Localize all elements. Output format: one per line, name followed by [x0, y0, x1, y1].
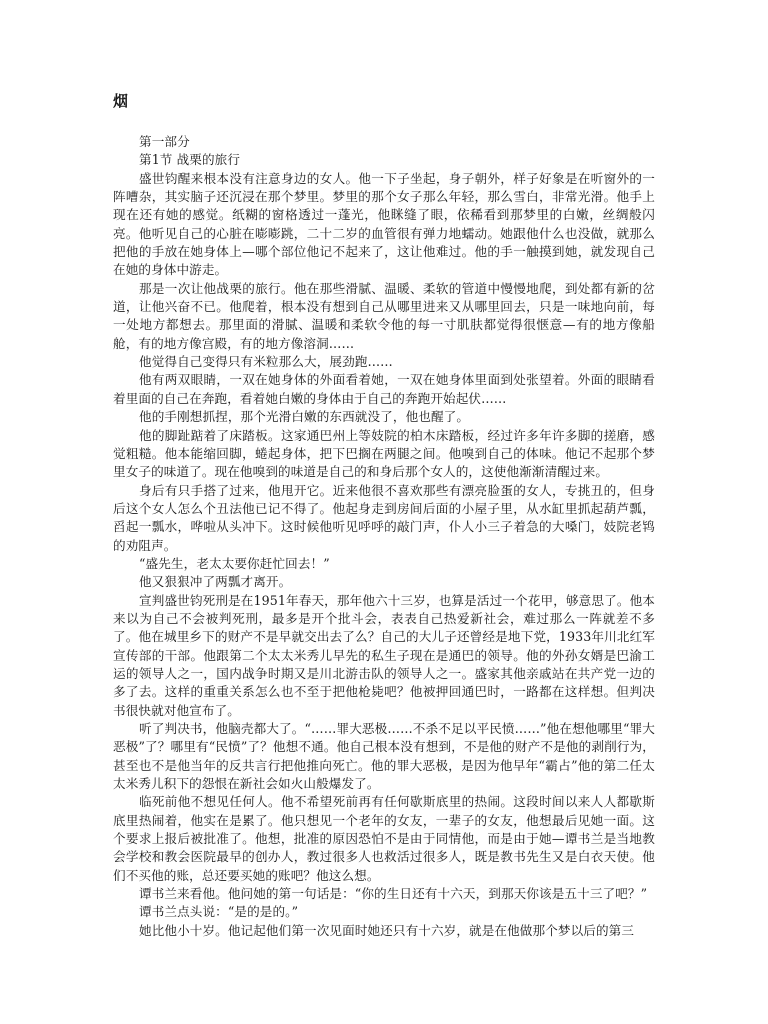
paragraph: 身后有只手搭了过来，他甩开它。近来他很不喜欢那些有漂亮脸蛋的女人，专挑丑的，但身…: [113, 482, 655, 555]
paragraph: 听了判决书，他脑壳都大了。“……罪大恶极……不杀不足以平民愤……”他在想他哪里“…: [113, 720, 655, 793]
paragraph: 盛世钧醒来根本没有注意身边的女人。他一下子坐起，身子朝外，样子好象是在听窗外的一…: [113, 170, 655, 280]
paragraph: 他的脚趾踮着了床踏板。这家通巴州上等妓院的柏木床踏板，经过许多年许多脚的搓磨，感…: [113, 427, 655, 482]
paragraph: 他又狠狠冲了两瓢才离开。: [113, 573, 655, 591]
paragraph: “盛先生，老太太要你赶忙回去！”: [113, 555, 655, 573]
paragraph: 谭书兰点头说：“是的是的。”: [113, 903, 655, 921]
paragraph: 那是一次让他战栗的旅行。他在那些滑腻、温暖、柔软的管道中慢慢地爬，到处都有新的岔…: [113, 280, 655, 353]
section-heading: 第1节 战栗的旅行: [113, 151, 655, 169]
paragraph: 他有两双眼睛，一双在她身体的外面看着她，一双在她身体里面到处张望着。外面的眼睛看…: [113, 371, 655, 408]
paragraph: 她比他小十岁。他记起他们第一次见面时她还只有十六岁，就是在他做那个梦以后的第三: [113, 922, 655, 940]
paragraph: 临死前他不想见任何人。他不希望死前再有任何歇斯底里的热闹。这段时间以来人人都歇斯…: [113, 793, 655, 885]
paragraph: 他觉得自己变得只有米粒那么大，展劲跑……: [113, 353, 655, 371]
paragraph: 谭书兰来看他。他问她的第一句话是：“你的生日还有十六天，到那天你该是五十三了吧？…: [113, 885, 655, 903]
part-heading: 第一部分: [113, 133, 655, 151]
paragraph: 他的手刚想抓捏，那个光滑白嫩的东西就没了，他也醒了。: [113, 408, 655, 426]
document-page: 烟 第一部分 第1节 战栗的旅行 盛世钧醒来根本没有注意身边的女人。他一下子坐起…: [113, 92, 655, 940]
document-title: 烟: [113, 92, 655, 110]
paragraph: 宣判盛世钧死刑是在1951年春天，那年他六十三岁，也算是活过一个花甲，够意思了。…: [113, 592, 655, 720]
document-body: 第一部分 第1节 战栗的旅行 盛世钧醒来根本没有注意身边的女人。他一下子坐起，身…: [113, 133, 655, 940]
